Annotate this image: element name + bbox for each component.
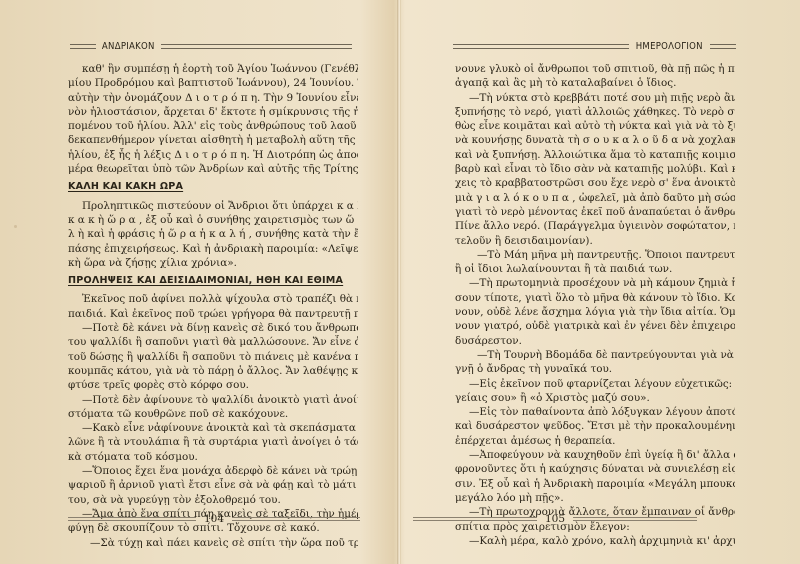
text-line: Ἐκεῖνος ποῦ ἀφίνει πολλὰ ψίχουλα στὸ τρα…: [68, 292, 358, 306]
running-head-title: ΗΜΕΡΟΛΟΓΙΟΝ: [634, 41, 706, 52]
text-line: γιατὶ τὸ νερὸ μένοντας ἐκεῖ ποῦ ἀναπαύετ…: [455, 205, 735, 219]
text-line: ξυπνήσῃς τὸ νερό, γιατὶ ἀλλοιῶς χάθηκες.…: [455, 105, 735, 119]
text-line: νουνε γλυκὸ οἱ ἄνθρωποι τοῦ σπιτιοῦ, θὰ …: [455, 62, 735, 76]
text-line: καθ' ἣν συμπέσῃ ἡ ἑορτὴ τοῦ Ἁγίου Ἰωάννο…: [68, 62, 358, 76]
text-line: ἐπέρχεται ἀμέσως ἡ θεραπεία.: [455, 434, 735, 448]
text-line: λῶνε ἢ τὰ ντουλάπια ἢ τὰ συρτάρια γιατὶ …: [68, 435, 358, 449]
paragraph: Προληπτικῶς πιστεύουν οἱ Ἄνδριοι ὅτι ὑπά…: [68, 199, 358, 270]
text-line: σουν τίποτε, γιατὶ ὅλο τὸ μῆνα θὰ κάνουν…: [455, 291, 735, 305]
text-line: —Κακὸ εἶνε νἀφίνουνε ἀνοικτὰ καὶ τὰ σκεπ…: [68, 421, 358, 435]
text-line: γείαις σου» ἢ «ὁ Χριστὸς μαζύ σου».: [455, 391, 735, 405]
text-line: στόματα τῶ κουθρῶνε ποῦ σὲ κακόχουνε.: [68, 407, 358, 421]
text-line: —Καλὴ μέρα, καλὸ χρόνο, καλὴ ἀρχιμηνιὰ κ…: [455, 534, 735, 548]
text-line: Πίνε ἄλλο νερό. (Παράγγελμα ὑγιεινὸν σοφ…: [455, 219, 735, 233]
paper-stain: [14, 225, 17, 228]
text-line: —Ποτὲ δὲν ἀφίνουνε τὸ ψαλλίδι ἀνοικτὸ γι…: [68, 393, 358, 407]
left-page: ΑΝΔΡΙΑΚΟΝ καθ' ἣν συμπέσῃ ἡ ἑορτὴ τοῦ Ἁγ…: [0, 0, 398, 564]
footer-rule: [232, 517, 360, 521]
text-line: βαρὺ καὶ εἶναι τὸ ἴδιο σὰν νὰ καταπιῇς μ…: [455, 162, 735, 176]
text-line: παιδιά. Καὶ ἐκεῖνος ποῦ τρώει γρήγορα θὰ…: [68, 307, 358, 321]
paragraph: Ἐκεῖνος ποῦ ἀφίνει πολλὰ ψίχουλα στὸ τρα…: [68, 292, 358, 321]
text-line: νουν, οὐδὲ λένε ἄσχημα λόγια γιὰ τὴν ἴδι…: [455, 305, 735, 319]
text-line: κουμπᾶς κάτου, γιὰ νὰ τὸ πάρῃ ὁ ἄλλος. Ἄ…: [68, 364, 358, 378]
paragraph: —Κακὸ εἶνε νἀφίνουνε ἀνοικτὰ καὶ τὰ σκεπ…: [68, 421, 358, 464]
text-line: γνῇ ὁ ἄνδρας τὴ γυναῖκά του.: [455, 362, 735, 376]
paragraph: —Ἀποφεύγουν νὰ καυχηθοῦν ἐπὶ ὑγείᾳ ἢ δι'…: [455, 448, 735, 505]
text-line: μιὰ γ ι α λ ό κ ο υ π α , ὠφελεῖ, μὰ ἀπὸ…: [455, 191, 735, 205]
text-line: δυσάρεστον.: [455, 334, 735, 348]
header-rule: [453, 44, 629, 49]
text-line: φτύσε τρεῖς φορὲς στὸ κόρφο σου.: [68, 378, 358, 392]
paragraph: νουνε γλυκὸ οἱ ἄνθρωποι τοῦ σπιτιοῦ, θὰ …: [455, 62, 735, 91]
section-heading: ΠΡΟΛΗΨΕΙΣ ΚΑΙ ΔΕΙΣΙΔΑΙΜΟΝΙΑΙ, ΗΘΗ ΚΑΙ ΕΘ…: [68, 274, 358, 288]
book-spread: ΑΝΔΡΙΑΚΟΝ καθ' ἣν συμπέσῃ ἡ ἑορτὴ τοῦ Ἁγ…: [0, 0, 800, 564]
page-footer-left: 104: [68, 513, 360, 525]
text-line: —Τὴ πρωτομηνιὰ προσέχουν νὰ μὴ κάμουν ζη…: [455, 276, 735, 290]
text-line: μέρα θεωρεῖται ὑπὸ τῶν Ἀνδρίων καὶ αὐτῆς…: [68, 162, 358, 176]
page-footer-right: 105: [413, 513, 697, 525]
text-line: —Τὴ νύκτα στὸ κρεββάτι ποτέ σου μὴ πιῇς …: [455, 91, 735, 105]
text-line: ἀγαπᾷ καὶ ἂς μὴ τὸ καταλαβαίνει ὁ ἴδιος.: [455, 76, 735, 90]
paragraph: —Τὴ Τουρνὴ Βδομάδα δὲ παντρεύγουνται γιὰ…: [455, 348, 735, 377]
text-line: ἡλίου, ἐξ ἧς ἡ λέξις Δ ι ο τ ρ ό π η. Ἡ …: [68, 148, 358, 162]
text-line: νουν γιατρό, οὐδὲ γιατρικὰ καὶ ἐν γένει …: [455, 319, 735, 333]
paragraph: καθ' ἣν συμπέσῃ ἡ ἑορτὴ τοῦ Ἁγίου Ἰωάννο…: [68, 62, 358, 176]
paragraph: —Ποτὲ δὲ κάνει νὰ δίνῃ κανεὶς σὲ δικό το…: [68, 321, 358, 392]
right-page-body: νουνε γλυκὸ οἱ ἄνθρωποι τοῦ σπιτιοῦ, θὰ …: [455, 62, 735, 548]
paragraph: —Τὴ πρωτομηνιὰ προσέχουν νὰ μὴ κάμουν ζη…: [455, 276, 735, 347]
text-line: του, σὰ νὰ γυρεύγῃ τὸν ἐξολοθρεμό του.: [68, 493, 358, 507]
text-line: Προληπτικῶς πιστεύουν οἱ Ἄνδριοι ὅτι ὑπά…: [68, 199, 358, 213]
text-line: δεκαπενθήμερον γίνεται αἰσθητὴ ἡ μεταβολ…: [68, 133, 358, 147]
footer-rule: [413, 517, 537, 521]
page-number: 104: [196, 513, 232, 525]
text-line: καὶ δυσάρεστον ψεῦδος. Ἔτσι μὲ τὴν προκα…: [455, 419, 735, 433]
left-page-body: καθ' ἣν συμπέσῃ ἡ ἑορτὴ τοῦ Ἁγίου Ἰωάννο…: [68, 62, 358, 550]
paragraph: —Τὸ Μάη μῆνα μὴ παντρευτῇς. Ὅποιοι παντρ…: [455, 248, 735, 277]
header-rule: [70, 44, 96, 49]
text-line: φρονοῦντες ὅτι ἡ καύχησις δύναται νὰ συν…: [455, 462, 735, 476]
section-heading: ΚΑΛΗ ΚΑΙ ΚΑΚΗ ΩΡΑ: [68, 180, 358, 194]
running-header-right: ΗΜΕΡΟΛΟΓΙΟΝ: [453, 40, 736, 52]
paragraph: —Ποτὲ δὲν ἀφίνουνε τὸ ψαλλίδι ἀνοικτὸ γι…: [68, 393, 358, 422]
paragraph: —Εἰς τὸν παθαίνοντα ἀπὸ λόξυγκαν λέγουν …: [455, 405, 735, 448]
right-page: ΗΜΕΡΟΛΟΓΙΟΝ νουνε γλυκὸ οἱ ἄνθρωποι τοῦ …: [401, 0, 800, 564]
text-line: —Τὸ Μάη μῆνα μὴ παντρευτῇς. Ὅποιοι παντρ…: [455, 248, 735, 262]
text-line: του ψαλλίδι ἢ σαποῦνι γιατὶ θὰ μαλλώσουν…: [68, 335, 358, 349]
text-line: σιν. Ἐξ οὗ καὶ ἡ Ἀνδριακὴ παροιμία «Μεγά…: [455, 477, 735, 491]
paragraph: —Τὴ νύκτα στὸ κρεββάτι ποτέ σου μὴ πιῇς …: [455, 91, 735, 248]
text-line: τοῦ δώσῃς ἢ ψαλλίδι ἢ σαποῦνι τὸ πιάνεις…: [68, 350, 358, 364]
paragraph: —Εἰς ἐκεῖνον ποῦ φταρνίζεται λέγουν εὐχε…: [455, 377, 735, 406]
paragraph: —Ὅποιος ἔχει ἕνα μονάχα ἀδερφὸ δὲ κάνει …: [68, 464, 358, 507]
text-line: —Ἀποφεύγουν νὰ καυχηθοῦν ἐπὶ ὑγείᾳ ἢ δι'…: [455, 448, 735, 462]
paragraph: —Σὰ τύχῃ καὶ πάει κανεὶς σὲ σπίτι τὴν ὥρ…: [68, 536, 358, 550]
text-line: καὶ νὰ ξυπνήσῃ. Ἀλλοιώτικα ἅμα τὸ καταπι…: [455, 148, 735, 162]
text-line: ψαριοῦ ἢ ἀρνιοῦ γιατὶ ἔτσι εἶνε σὰ νὰ φά…: [68, 478, 358, 492]
text-line: αὐτὴν τὴν ὀνομάζουν Δ ι ο τ ρ ό π η. Τὴν…: [68, 91, 358, 105]
text-line: —Εἰς ἐκεῖνον ποῦ φταρνίζεται λέγουν εὐχε…: [455, 377, 735, 391]
text-line: θὼς εἶνε κοιμᾶται καὶ αὐτὸ τὴ νύκτα καὶ …: [455, 119, 735, 133]
paper-stain: [702, 505, 705, 508]
text-line: μεγάλο λόο μὴ πῇς».: [455, 491, 735, 505]
running-head-title: ΑΝΔΡΙΑΚΟΝ: [99, 41, 157, 52]
text-line: κὴ ὥρα νὰ ζήσῃς χίλια χρόνια».: [68, 256, 358, 270]
text-line: κ α κ ὴ ὥ ρ α , ἐξ οὗ καὶ ὁ συνήθης χαιρ…: [68, 213, 358, 227]
text-line: κὰ στόματα τοῦ κόσμου.: [68, 450, 358, 464]
text-line: —Τὴ Τουρνὴ Βδομάδα δὲ παντρεύγουνται γιὰ…: [455, 348, 735, 362]
header-rule: [161, 44, 352, 49]
running-header-left: ΑΝΔΡΙΑΚΟΝ: [70, 40, 352, 52]
text-line: χεις τὸ κραββατοστρῶσι σου ἔχε νερὸ σ' ἕ…: [455, 176, 735, 190]
text-line: πάσης ἐπιχειρήσεως. Καὶ ἡ ἀνδριακὴ παροι…: [68, 242, 358, 256]
text-line: λ ὴ καὶ ἡ φράσις ἡ ὥ ρ α ἡ κ α λ ή , συν…: [68, 227, 358, 241]
footer-rule: [573, 517, 697, 521]
text-line: ἢ οἱ ἴδιοι λωλαίνουνται ἢ τὰ παιδιά των.: [455, 262, 735, 276]
text-line: νὸν ἡλιοστάσιον, ἄρχεται δ' ἔκτοτε ἡ σμί…: [68, 105, 358, 119]
page-number: 105: [537, 513, 573, 525]
footer-rule: [68, 517, 196, 521]
text-line: —Ὅποιος ἔχει ἕνα μονάχα ἀδερφὸ δὲ κάνει …: [68, 464, 358, 478]
paragraph: —Καλὴ μέρα, καλὸ χρόνο, καλὴ ἀρχιμηνιὰ κ…: [455, 534, 735, 548]
text-line: —Εἰς τὸν παθαίνοντα ἀπὸ λόξυγκαν λέγουν …: [455, 405, 735, 419]
text-line: —Σὰ τύχῃ καὶ πάει κανεὶς σὲ σπίτι τὴν ὥρ…: [68, 536, 358, 550]
text-line: νὰ κουνήσῃς δυνατὰ τὴ σ ο υ κ α λ ο ῦ δ …: [455, 133, 735, 147]
text-line: πομένου τοῦ ἡλίου. Ἀλλ' εἰς τοὺς ἀνθρώπο…: [68, 119, 358, 133]
text-line: μίου Προδρόμου καὶ βαπτιστοῦ Ἰωάννου), 2…: [68, 76, 358, 90]
text-line: τελοῦν ἢ δεισιδαιμονίαν).: [455, 234, 735, 248]
header-rule: [710, 44, 736, 49]
text-line: —Ποτὲ δὲ κάνει νὰ δίνῃ κανεὶς σὲ δικό το…: [68, 321, 358, 335]
